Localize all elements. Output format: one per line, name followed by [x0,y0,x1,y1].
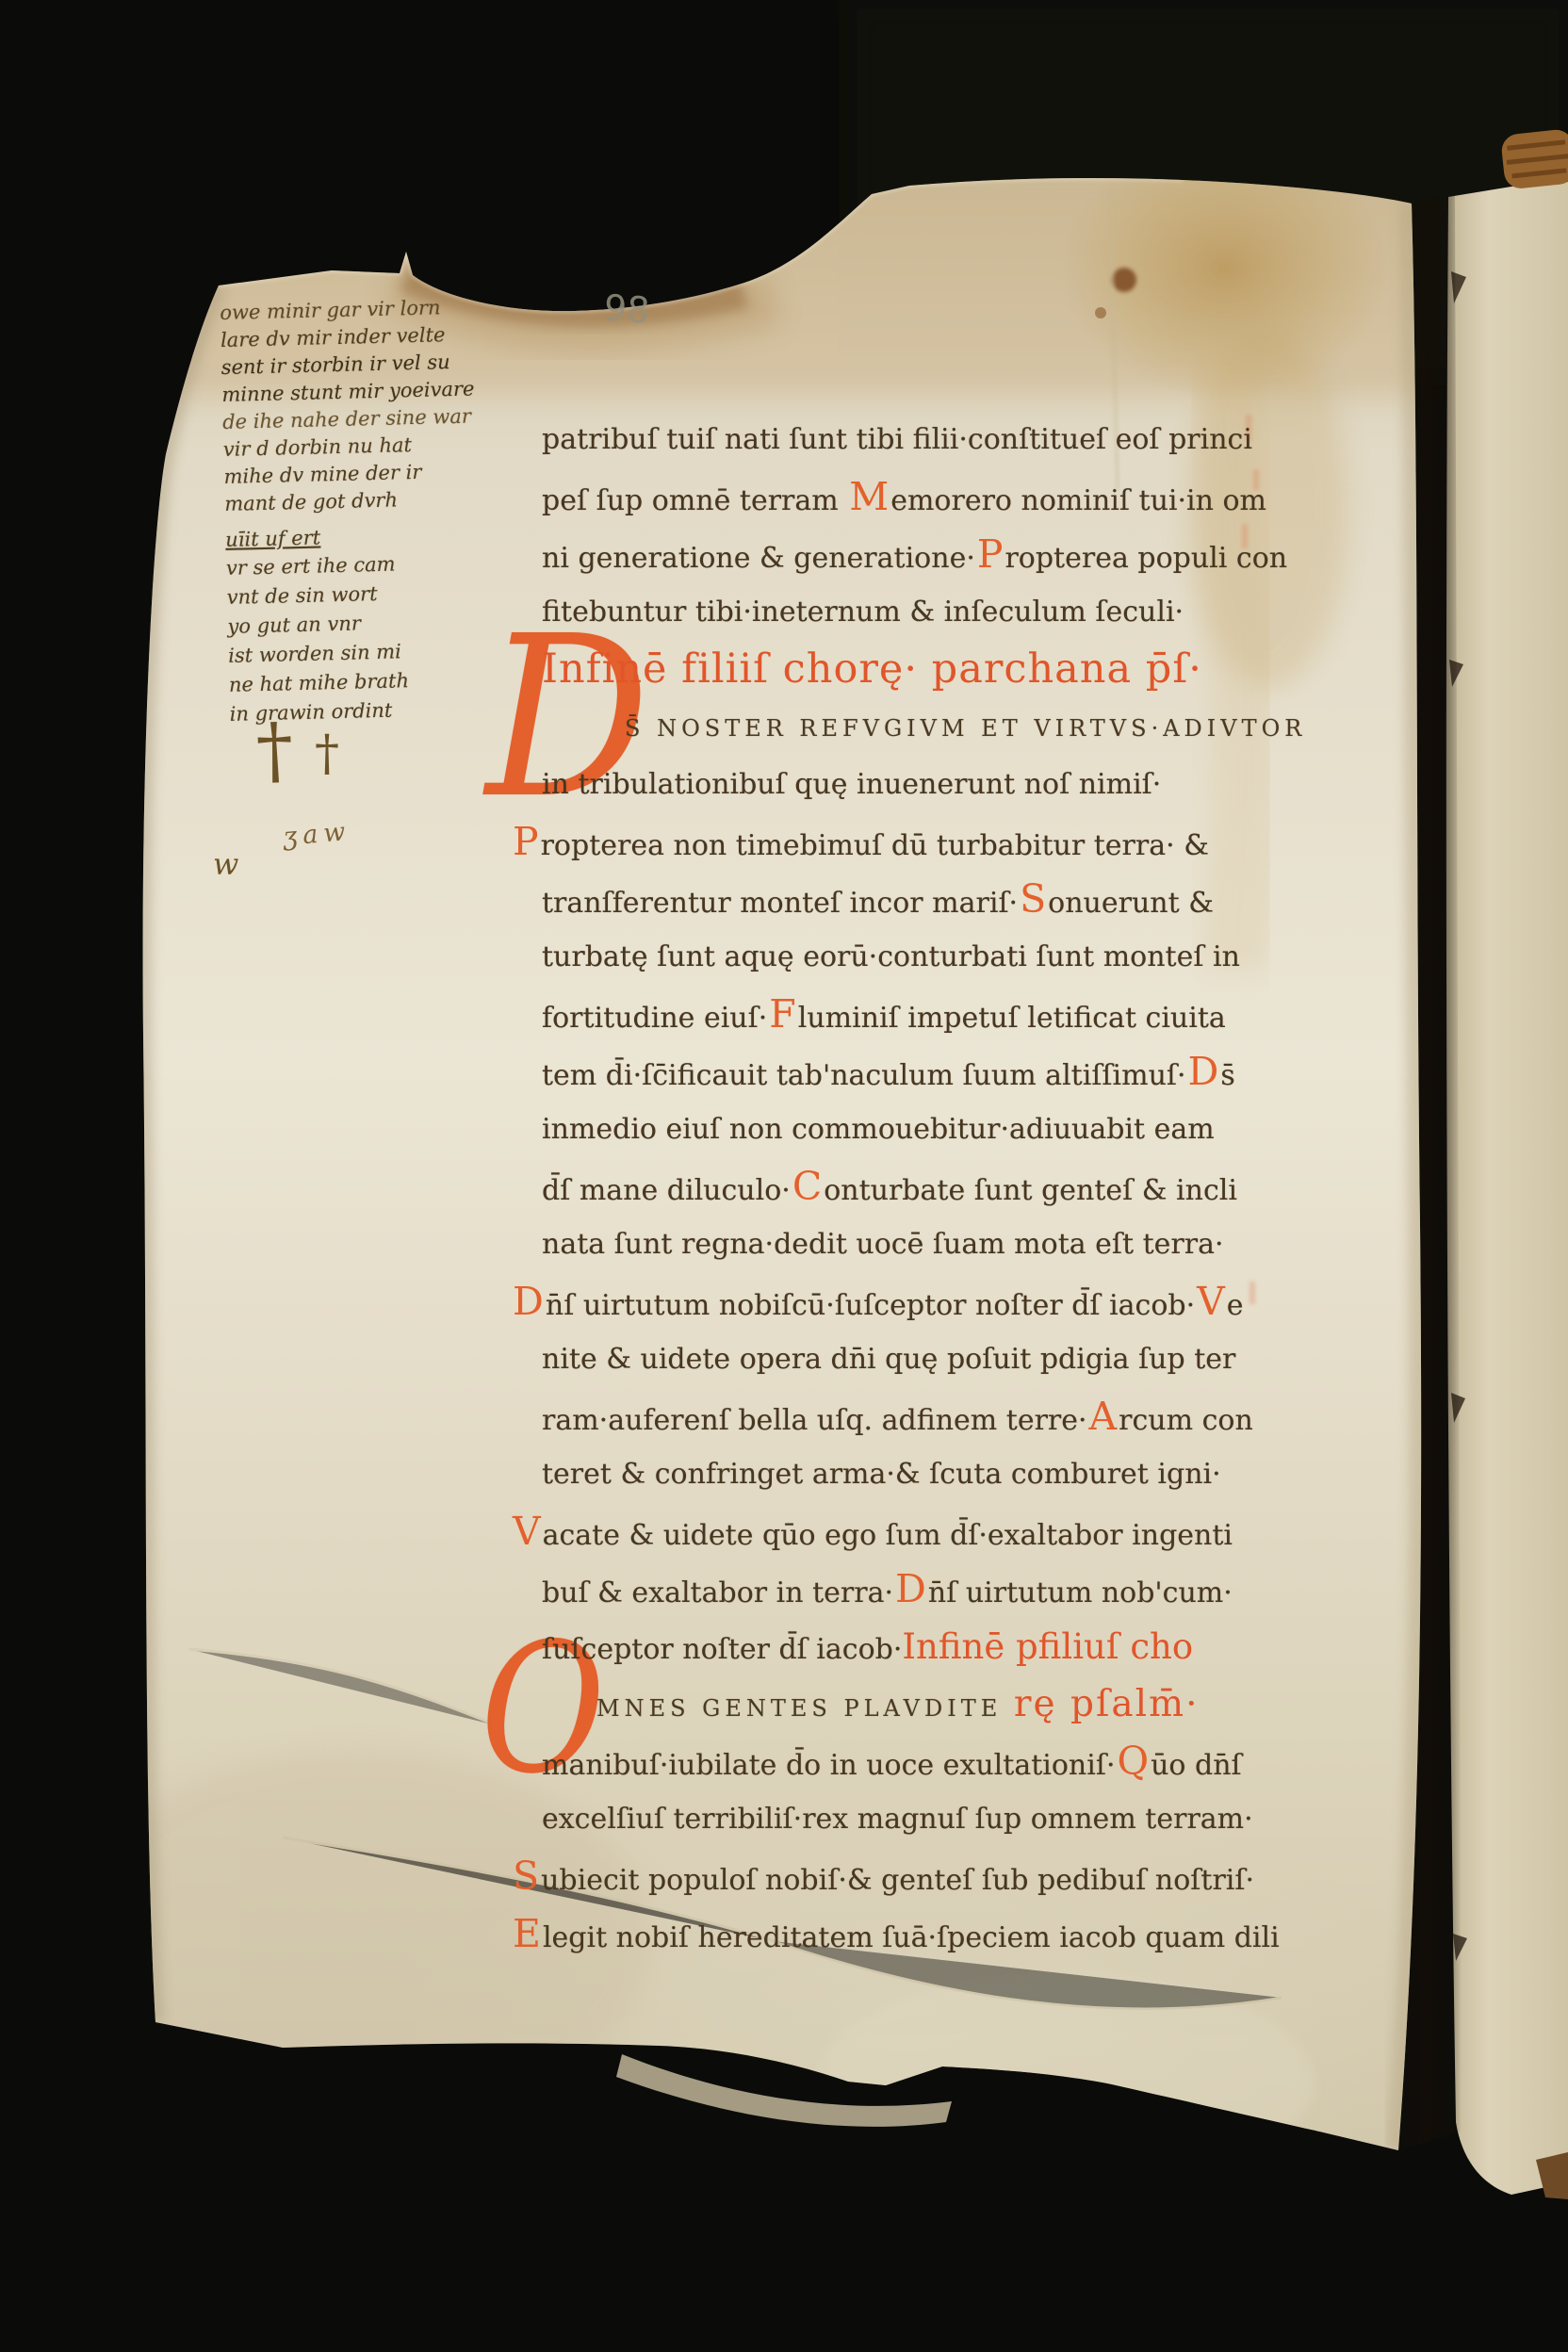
rubric-initial: S [511,1854,541,1899]
latin-line: Infinē filiiſ chorę· parchana p̄ſ· [542,641,1267,698]
latin-line: manibuſ·iubilate d̄o in uoce exultationi… [542,1733,1267,1790]
text-segment: legit nobiſ hereditatem ſuā·ſpeciem iaco… [543,1921,1280,1954]
latin-line: buſ & exaltabor in terra·Dn̄ſ uirtutum n… [542,1560,1267,1618]
text-segment: acate & uidete qūo ego ſum d̄ſ·exaltabor… [543,1519,1233,1552]
text-segment: in tribulationibuſ quę inuenerunt noſ ni… [542,768,1161,801]
latin-line: nite & uidete opera dn̄i quę poſuit pdig… [542,1331,1267,1388]
rubric-initial: V [1195,1279,1227,1324]
latin-line: Dn̄ſ uirtutum nobiſcū·ſuſceptor noſter d… [511,1273,1267,1331]
latin-line: excelſiuſ terribiliſ·rex magnuſ ſup omne… [542,1790,1267,1848]
pen-trial-letters: ʒaw [282,817,352,852]
headband [1500,128,1568,190]
text-segment: onuerunt & [1048,887,1214,920]
text-segment: fortitudine eiuſ· [542,1002,767,1035]
text-segment: onturbate ſunt genteſ & incli [824,1174,1237,1207]
latin-line: d̄ſ mane diluculo·Conturbate ſunt genteſ… [542,1158,1267,1216]
text-segment: e [1227,1289,1244,1322]
text-segment: s̄ [1220,1059,1234,1092]
rubric-text: rę pſalm̄· [1014,1683,1200,1725]
text-segment: patribuſ tuiſ nati ſunt tibi filii·conſt… [542,423,1252,456]
pen-trial-letter: w [213,846,238,882]
margin-cross-mark: † [315,726,339,782]
rubric-initial: A [1087,1394,1119,1439]
manuscript-photo: 98 owe minir gar vir lornlare dv mir ind… [0,0,1568,2352]
text-segment: ropterea populi con [1004,542,1287,575]
text-segment: MNES GENTES PLAVDITE [596,1695,1014,1722]
text-segment: luminiſ impetuſ letificat ciuita [798,1002,1226,1035]
latin-line: Vacate & uidete qūo ego ſum d̄ſ·exaltabo… [511,1503,1267,1560]
latin-line: in tribulationibuſ quę inuenerunt noſ ni… [542,756,1267,813]
text-segment: d̄ſ mane diluculo· [542,1174,791,1207]
margin-cross-mark: † [254,708,294,793]
rubric-initial: P [975,531,1005,577]
latin-line: ni generatione & generatione·Propterea p… [542,526,1267,583]
latin-line: MNES GENTES PLAVDITE rę pſalm̄· [542,1675,1267,1733]
text-segment: ſuſceptor noſter d̄ſ iacob· [542,1633,902,1666]
marginal-gloss-block: owe minir gar vir lornlare dv mir inder … [220,293,482,728]
latin-line: ram·auferenſ bella uſq. adfinem terre·Ar… [542,1388,1267,1445]
latin-text-block: patribuſ tuiſ nati ſunt tibi filii·conſt… [542,411,1267,1963]
rubric-initial: D [893,1566,928,1611]
rubric-initial: V [511,1509,543,1554]
rubric-initial: F [767,991,797,1037]
latin-line: Subiecit populoſ nobiſ·& genteſ ſub pedi… [511,1848,1267,1905]
latin-line: ſuſceptor noſter d̄ſ iacob·Infinē pfiliu… [542,1618,1267,1675]
latin-line: teret & confringet arma·& ſcuta comburet… [542,1445,1267,1503]
rubric-initial: S [1018,876,1048,922]
rubric-text: Infinē filiiſ chorę· parchana p̄ſ· [542,645,1202,693]
latin-line: Propterea non timebimuſ dū turbabitur te… [511,813,1267,871]
latin-line: inmedio eiuſ non commouebitur·adiuuabit … [542,1101,1267,1158]
latin-line: fortitudine eiuſ·Fluminiſ impetuſ letifi… [542,986,1267,1043]
text-segment: ni generatione & generatione· [542,542,975,575]
rubric-initial: P [511,819,541,864]
text-segment: tem d̄i·ſc̄ificauit tab'naculum ſuum alt… [542,1059,1186,1092]
text-segment: tranſferentur monteſ incor mariſ· [542,887,1018,920]
folio-number-pencil: 98 [603,286,651,331]
text-segment: ubiecit populoſ nobiſ·& genteſ ſub pedib… [541,1864,1254,1897]
rubric-initial: C [791,1164,824,1209]
latin-line: patribuſ tuiſ nati ſunt tibi filii·conſt… [542,411,1267,468]
text-segment: fitebuntur tibi·ineternum & inſeculum ſe… [542,596,1184,629]
rubric-initial: D [1186,1049,1221,1094]
text-segment: nite & uidete opera dn̄i quę poſuit pdig… [542,1343,1235,1376]
text-segment: inmedio eiuſ non commouebitur·adiuuabit … [542,1113,1215,1146]
text-segment: rcum con [1119,1404,1253,1437]
latin-line: tem d̄i·ſc̄ificauit tab'naculum ſuum alt… [542,1043,1267,1101]
text-segment: ram·auferenſ bella uſq. adfinem terre· [542,1404,1087,1437]
text-segment: ropterea non timebimuſ dū turbabitur ter… [541,829,1209,862]
latin-line: Elegit nobiſ hereditatem ſuā·ſpeciem iac… [511,1905,1267,1963]
latin-line: S̄ NOSTER REFVGIVM ET VIRTVS·ADIVTOR [542,698,1267,756]
gloss-line: mant de got dvrh [224,484,478,518]
text-segment: emorero nominiſ tui·in om [890,484,1266,517]
text-segment: peſ ſup omnē terram [542,484,847,517]
text-segment: nata ſunt regna·dedit uocē ſuam mota eſt… [542,1228,1224,1261]
text-segment: buſ & exaltabor in terra· [542,1576,893,1609]
rubric-initial: Q [1115,1739,1151,1784]
text-segment: teret & confringet arma·& ſcuta comburet… [542,1458,1221,1491]
rubric-initial: M [847,474,890,519]
latin-line: nata ſunt regna·dedit uocē ſuam mota eſt… [542,1216,1267,1273]
second-page-edge [1446,182,1568,2195]
text-segment: turbatę ſunt aquę eorū·conturbati ſunt m… [542,940,1240,973]
text-segment: ūo dn̄ſ [1151,1749,1242,1782]
latin-line: turbatę ſunt aquę eorū·conturbati ſunt m… [542,928,1267,986]
rubric-text: Infinē pfiliuſ cho [902,1626,1193,1667]
latin-line: peſ ſup omnē terram Memorero nominiſ tui… [542,468,1267,526]
text-segment: S̄ NOSTER REFVGIVM ET VIRTVS·ADIVTOR [625,715,1306,742]
rubric-initial: E [511,1911,543,1956]
latin-line: fitebuntur tibi·ineternum & inſeculum ſe… [542,583,1267,641]
rubric-initial: D [511,1279,546,1324]
text-segment: n̄ſ uirtutum nob'cum· [928,1576,1233,1609]
text-segment: excelſiuſ terribiliſ·rex magnuſ ſup omne… [542,1803,1253,1836]
text-segment: n̄ſ uirtutum nobiſcū·ſuſceptor noſter d̄… [546,1289,1195,1322]
text-segment: manibuſ·iubilate d̄o in uoce exultationi… [542,1749,1115,1782]
latin-line: tranſferentur monteſ incor mariſ·Sonueru… [542,871,1267,928]
